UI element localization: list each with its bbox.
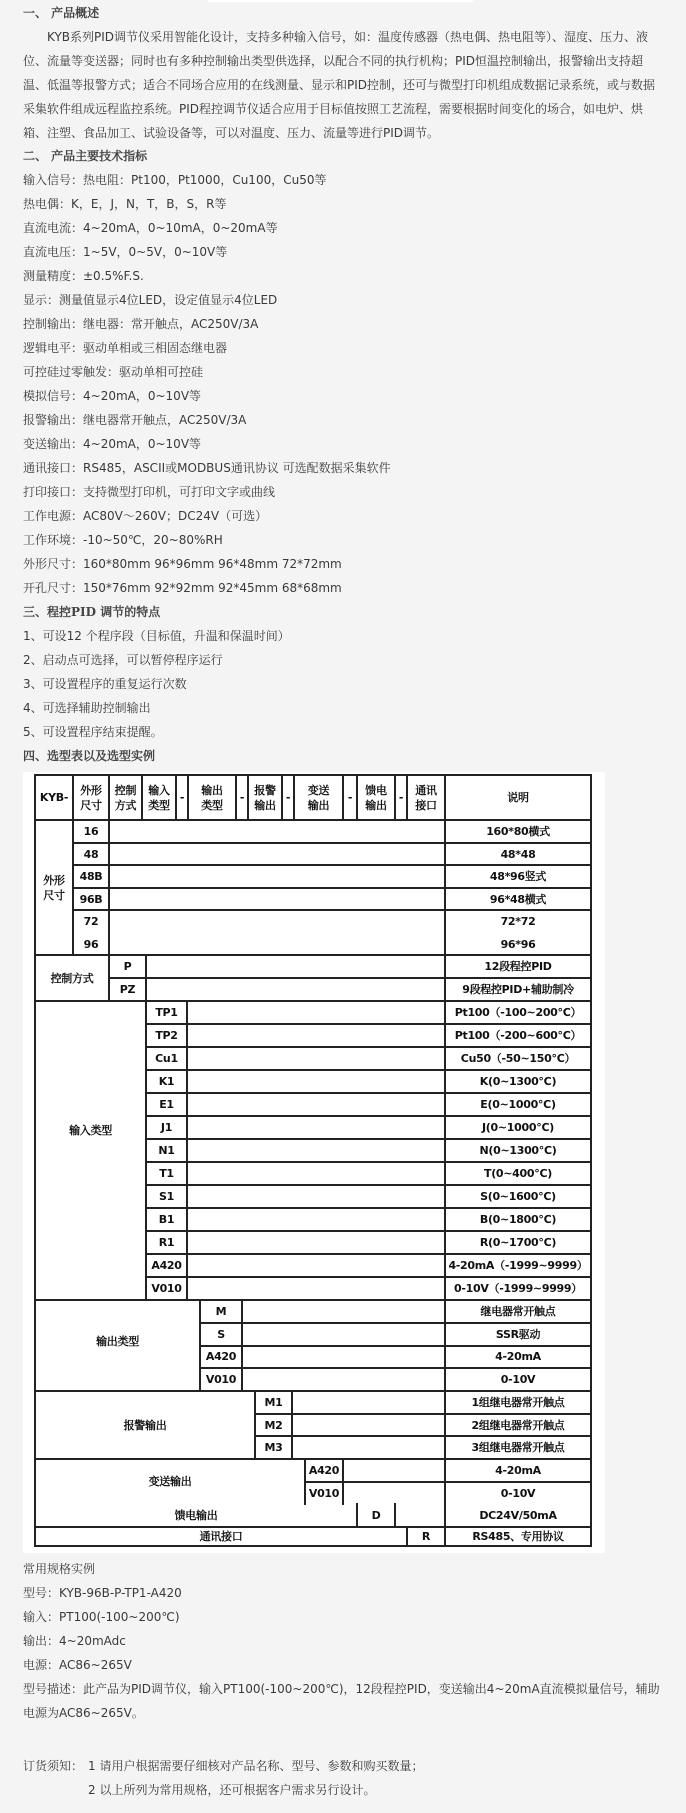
output-desc: 4-20mA xyxy=(445,1346,591,1369)
grid-line-v xyxy=(34,774,36,1547)
input-desc: J(0~1000℃) xyxy=(445,1116,591,1139)
output-desc: 0-10V xyxy=(445,1368,591,1391)
input-code: Cu1 xyxy=(146,1047,187,1070)
input-code: T1 xyxy=(146,1162,187,1185)
input-code: N1 xyxy=(146,1139,187,1162)
example-model: 型号：KYB-96B-P-TP1-A420 xyxy=(23,1585,182,1601)
feature-line: 3、可设置程序的重复运行次数 xyxy=(23,676,187,692)
comm-desc: RS485、专用协议 xyxy=(445,1527,591,1546)
input-desc: E(0~1000℃) xyxy=(445,1093,591,1116)
grid-line-v xyxy=(342,774,344,821)
input-code: V010 xyxy=(146,1277,187,1300)
grid-line-v xyxy=(406,774,408,821)
size-desc: 160*80横式 xyxy=(445,820,591,843)
spec-line: 通讯接口：RS485，ASCII或MODBUS通讯协议 可选配数据采集软件 xyxy=(23,460,391,476)
group-label-transmit: 变送输出 xyxy=(35,1459,305,1504)
grid-line-v xyxy=(394,1503,396,1528)
grid-line-v xyxy=(187,774,189,821)
spec-line: 显示：测量值显示4位LED，设定值显示4位LED xyxy=(23,292,277,308)
input-code: E1 xyxy=(146,1093,187,1116)
grid-line-v xyxy=(235,774,237,821)
spec-line: 工作电源：AC80V～260V；DC24V（可选） xyxy=(23,508,267,524)
alarm-desc: 3组继电器常开触点 xyxy=(445,1436,591,1459)
alarm-code: M3 xyxy=(255,1436,292,1459)
spec-line: 测量精度：±0.5%F.S. xyxy=(23,268,144,284)
output-desc: SSR驱动 xyxy=(445,1323,591,1346)
spec-line: 直流电流：4~20mA，0~10mA，0~20mA等 xyxy=(23,220,278,236)
input-code: TP1 xyxy=(146,1001,187,1024)
alarm-code: M1 xyxy=(255,1391,292,1414)
control-desc: 12段程控PID xyxy=(445,955,591,978)
header-kyb: KYB- xyxy=(35,775,73,820)
input-code: R1 xyxy=(146,1231,187,1254)
spec-line: 打印接口：支持微型打印机，可打印文字或曲线 xyxy=(23,484,275,500)
output-code: S xyxy=(200,1323,242,1346)
input-desc: T(0~400℃) xyxy=(445,1162,591,1185)
grid-line-h xyxy=(72,842,592,844)
input-desc: N(0~1300℃) xyxy=(445,1139,591,1162)
group-label-control: 控制方式 xyxy=(35,955,109,1001)
spec-line: 报警输出：继电器常开触点，AC250V/3A xyxy=(23,412,246,428)
grid-line-h xyxy=(72,887,592,889)
section-title-selection: 四、选型表以及选型实例 xyxy=(23,748,155,764)
alarm-desc: 1组继电器常开触点 xyxy=(445,1391,591,1414)
section-title-specs: 二、 产品主要技术指标 xyxy=(23,148,147,164)
transmit-desc: 0-10V xyxy=(445,1482,591,1504)
top-banner-edge xyxy=(208,0,473,2)
header-alarm: 报警输出 xyxy=(248,775,282,820)
size-desc: 96*48横式 xyxy=(445,888,591,910)
comm-code: R xyxy=(407,1527,445,1546)
transmit-code: A420 xyxy=(305,1459,343,1482)
header-size: 外形尺寸 xyxy=(73,775,109,820)
header-transmit: 变送输出 xyxy=(294,775,343,820)
size-code: 96 xyxy=(73,933,109,955)
section-title-overview: 一、 产品概述 xyxy=(23,5,99,21)
control-desc: 9段程控PID+辅助制冷 xyxy=(445,978,591,1001)
spec-line: 逻辑电平：驱动单相或三相固态继电器 xyxy=(23,340,227,356)
size-desc: 96*96 xyxy=(445,933,591,955)
input-desc: R(0~1700℃) xyxy=(445,1231,591,1254)
output-desc: 继电器常开触点 xyxy=(445,1300,591,1323)
grid-line-v xyxy=(141,774,143,821)
grid-line-v xyxy=(247,774,249,821)
group-label-alarm: 报警输出 xyxy=(35,1391,255,1459)
input-code: A420 xyxy=(146,1254,187,1277)
size-code: 72 xyxy=(73,910,109,933)
grid-line-h xyxy=(108,977,592,979)
grid-line-v xyxy=(356,774,358,821)
feature-line: 2、启动点可选择，可以暂停程序运行 xyxy=(23,652,223,668)
feed-desc: DC24V/50mA xyxy=(445,1504,591,1527)
example-title: 常用规格实例 xyxy=(23,1561,95,1577)
spec-line: 直流电压：1~5V，0~5V，0~10V等 xyxy=(23,244,227,260)
input-desc: 4-20mA（-1999~9999） xyxy=(445,1254,591,1277)
group-label-size: 外形尺寸 xyxy=(35,820,73,955)
input-desc: Pt100（-100~200℃） xyxy=(445,1001,591,1024)
transmit-desc: 4-20mA xyxy=(445,1459,591,1482)
header-output: 输出类型 xyxy=(188,775,236,820)
input-desc: Pt100（-200~600℃） xyxy=(445,1024,591,1047)
header-feed: 馈电输出 xyxy=(357,775,395,820)
example-power: 电源：AC86~265V xyxy=(23,1657,132,1673)
example-input: 输入：PT100(-100~200℃) xyxy=(23,1609,180,1625)
grid-line-h xyxy=(34,819,592,821)
control-code: P xyxy=(109,955,146,978)
group-label-output: 输出类型 xyxy=(35,1300,200,1391)
spec-line: 输入信号：热电阻：Pt100，Pt1000，Cu100，Cu50等 xyxy=(23,172,326,188)
spec-line: 外形尺寸：160*80mm 96*96mm 96*48mm 72*72mm xyxy=(23,556,342,572)
size-code: 48B xyxy=(73,865,109,888)
grid-line-v xyxy=(394,774,396,821)
feature-line: 5、可设置程序结束提醒。 xyxy=(23,724,163,740)
grid-line-h xyxy=(34,954,592,956)
group-label-comm: 通讯接口 xyxy=(35,1527,407,1546)
size-code: 96B xyxy=(73,888,109,910)
grid-line-v xyxy=(108,774,110,821)
alarm-code: M2 xyxy=(255,1414,292,1437)
grid-line-v xyxy=(175,774,177,821)
spec-line: 热电偶：K，E，J，N，T，B，S，R等 xyxy=(23,196,227,212)
spec-line: 变送输出：4~20mA，0~10V等 xyxy=(23,436,201,452)
header-input: 输入类型 xyxy=(142,775,176,820)
input-code: K1 xyxy=(146,1070,187,1093)
input-code: J1 xyxy=(146,1116,187,1139)
output-code: M xyxy=(200,1300,242,1323)
group-label-input: 输入类型 xyxy=(35,1001,146,1300)
spec-line: 工作环境：-10~50℃，20~80%RH xyxy=(23,532,223,548)
input-desc: Cu50（-50~150℃） xyxy=(445,1047,591,1070)
spec-line: 模拟信号：4~20mA，0~10V等 xyxy=(23,388,201,404)
grid-line-h xyxy=(72,864,592,866)
grid-line-h xyxy=(34,1526,592,1528)
alarm-desc: 2组继电器常开触点 xyxy=(445,1414,591,1437)
header-control: 控制方式 xyxy=(109,775,142,820)
input-code: S1 xyxy=(146,1185,187,1208)
header-comm: 通讯接口 xyxy=(407,775,445,820)
input-code: B1 xyxy=(146,1208,187,1231)
feature-line: 4、可选择辅助控制输出 xyxy=(23,700,151,716)
transmit-code: V010 xyxy=(305,1482,343,1504)
feature-line: 1、可设12 个程序段（目标值，升温和保温时间） xyxy=(23,628,290,644)
grid-line-h xyxy=(72,909,592,911)
grid-line-h xyxy=(304,1481,446,1483)
input-desc: B(0~1800℃) xyxy=(445,1208,591,1231)
spec-line: 开孔尺寸：150*76mm 92*92mm 92*45mm 68*68mm xyxy=(23,580,342,596)
ordering-label: 订货须知： xyxy=(23,1758,83,1774)
header-description: 说明 xyxy=(445,775,591,820)
input-desc: S(0~1600℃) xyxy=(445,1185,591,1208)
group-label-feed: 馈电输出 xyxy=(35,1504,357,1527)
grid-line-v xyxy=(293,774,295,821)
output-code: V010 xyxy=(200,1368,242,1391)
ordering-note: 2 以上所列为常用规格，还可根据客户需求另行设计。 xyxy=(88,1782,375,1798)
header-dash: - xyxy=(343,775,357,820)
example-output: 输出：4~20mAdc xyxy=(23,1633,126,1649)
grid-line-h xyxy=(444,1481,592,1483)
feed-code: D xyxy=(357,1504,395,1527)
grid-line-v xyxy=(281,774,283,821)
size-code: 48 xyxy=(73,843,109,865)
input-desc: K(0~1300℃) xyxy=(445,1070,591,1093)
spec-line: 可控硅过零触发：驱动单相可控硅 xyxy=(23,364,203,380)
size-code: 16 xyxy=(73,820,109,843)
size-desc: 72*72 xyxy=(445,910,591,933)
overview-paragraph: KYB系列PID调节仪采用智能化设计，支持多种输入信号，如：温度传感器（热电偶、… xyxy=(23,25,663,145)
input-desc: 0-10V（-1999~9999） xyxy=(445,1277,591,1300)
grid-line-v xyxy=(406,1526,408,1547)
grid-line-v xyxy=(72,774,74,821)
section-title-features: 三、程控PID 调节的特点 xyxy=(23,604,160,620)
grid-line-v xyxy=(356,1503,358,1528)
output-code: A420 xyxy=(200,1346,242,1369)
control-code: PZ xyxy=(109,978,146,1001)
size-desc: 48*48 xyxy=(445,843,591,865)
input-code: TP2 xyxy=(146,1024,187,1047)
grid-line-h xyxy=(34,1545,592,1547)
ordering-note: 1 请用户根据需要仔细核对产品名称、型号、参数和购买数量； xyxy=(88,1758,423,1774)
spec-line: 控制输出：继电器：常开触点，AC250V/3A xyxy=(23,316,258,332)
example-description: 型号描述：此产品为PID调节仪，输入PT100(-100~200℃)，12段程控… xyxy=(23,1677,663,1725)
size-desc: 48*96竖式 xyxy=(445,865,591,888)
grid-line-h xyxy=(34,774,592,776)
